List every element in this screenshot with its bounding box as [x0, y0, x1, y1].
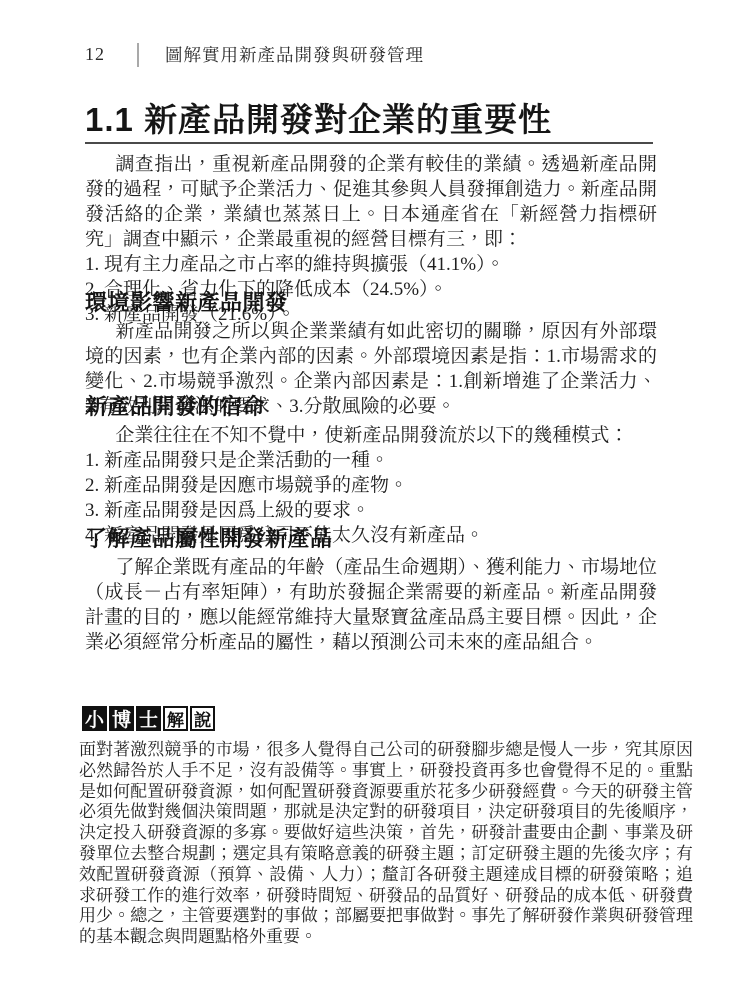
tip-text: 面對著激烈競爭的市場，很多人覺得自己公司的研發腳步總是慢人一步，究其原因必然歸咎…: [79, 740, 693, 948]
section-paragraph: 企業往往在不知不覺中，使新產品開發流於以下的幾種模式：: [85, 423, 657, 448]
book-page: 12 圖解實用新產品開發與研發管理 1.1 新產品開發對企業的重要性 調查指出，…: [0, 0, 739, 1000]
section-heading: 新產品開發的宿命: [85, 393, 657, 420]
badge-char-light: 解: [163, 706, 188, 731]
badge-char-light: 說: [190, 706, 215, 731]
section-heading: 環境影響新產品開發: [85, 289, 657, 316]
list-item: 1. 現有主力產品之市占率的維持與擴張（41.1%）。: [85, 252, 657, 277]
badge-char-dark: 士: [136, 706, 161, 731]
section-attributes: 了解產品屬性開發新產品 了解企業既有產品的年齡（產品生命週期）、獲利能力、市場地…: [85, 525, 657, 655]
page-number: 12: [85, 44, 115, 65]
badge-char-dark: 小: [82, 706, 107, 731]
list-item: 3. 新產品開發是因爲上級的要求。: [85, 498, 657, 523]
title-rule: [85, 142, 653, 144]
header-divider: [137, 43, 139, 67]
badge-char-dark: 博: [109, 706, 134, 731]
page-title: 1.1 新產品開發對企業的重要性: [85, 94, 655, 141]
section-heading: 了解產品屬性開發新產品: [85, 525, 657, 552]
section-paragraph: 了解企業既有產品的年齡（產品生命週期）、獲利能力、市場地位（成長－占有率矩陣），…: [85, 555, 657, 655]
list-item: 1. 新產品開發只是企業活動的一種。: [85, 448, 657, 473]
list-item: 2. 新產品開發是因應市場競爭的產物。: [85, 473, 657, 498]
intro-paragraph: 調查指出，重視新產品開發的企業有較佳的業績。透過新產品開發的過程，可賦予企業活力…: [85, 152, 657, 252]
tip-badge: 小 博 士 解 說: [82, 706, 693, 731]
running-head: 12 圖解實用新產品開發與研發管理: [85, 42, 424, 67]
tip-box: 小 博 士 解 說 面對著激烈競爭的市場，很多人覺得自己公司的研發腳步總是慢人一…: [79, 706, 693, 948]
book-title: 圖解實用新產品開發與研發管理: [165, 42, 424, 67]
